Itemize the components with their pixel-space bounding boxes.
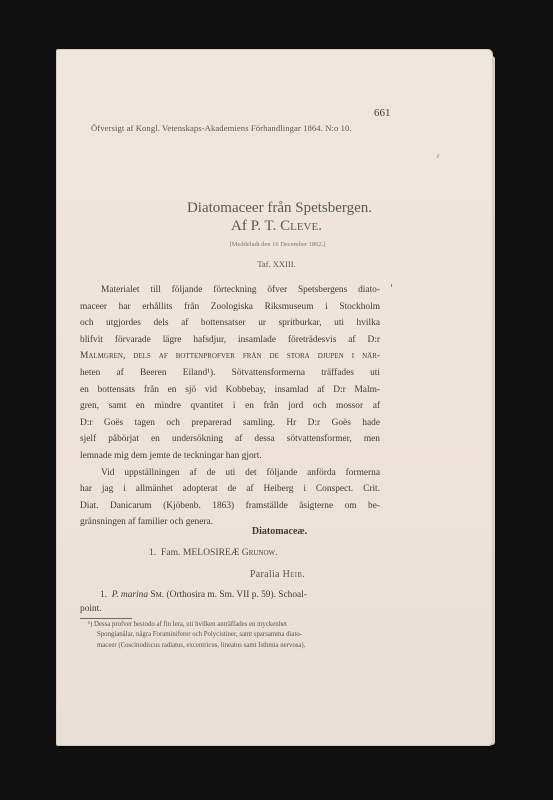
page-number: 661 bbox=[374, 107, 391, 119]
species-text: (Orthosira m. Sm. VII p. 59). Schoal- bbox=[167, 590, 307, 600]
family-heading: 1. Fam. MELOSIREÆ Grunow. bbox=[149, 547, 278, 558]
body-line: lemnade mig dem jemte de teckningar han … bbox=[80, 448, 380, 465]
communicated-date: [Meddeladt den 16 December 1862.] bbox=[57, 241, 492, 248]
genus-heading: Paralia Heib. bbox=[57, 569, 492, 580]
section-heading: Diatomaceæ. bbox=[57, 526, 492, 537]
body-line: heten af Beeren Eiland¹). Sötvattensform… bbox=[80, 365, 380, 382]
species-entry: 1. P. marina Sm. (Orthosira m. Sm. VII p… bbox=[80, 588, 380, 616]
body-line: D:r Goës tagen och preparerad samling. H… bbox=[80, 415, 380, 432]
plate-reference: Taf. XXIII. bbox=[57, 259, 492, 269]
footnote-line: ¹) Dessa profver bestodo af fin lera, ut… bbox=[88, 620, 378, 630]
body-line: sjelf påbörjat en undersökning af dessa … bbox=[80, 431, 380, 448]
paper-speck bbox=[436, 154, 439, 158]
footnote-line: maceer (Coscinodiscus radiatus, excentri… bbox=[88, 641, 378, 651]
footnote-line: Spongianålar, några Foraminiferer och Po… bbox=[88, 630, 378, 640]
body-line: maceer har erhållits från Zoologiska Rik… bbox=[80, 299, 380, 316]
author-prefix: Af P. T. bbox=[231, 218, 280, 234]
body-text: Materialet till följande förteckning öfv… bbox=[80, 282, 380, 531]
family-number: 1. bbox=[149, 547, 156, 558]
family-label: Fam. MELOSIREÆ bbox=[161, 547, 242, 558]
species-text-cont: point. bbox=[80, 604, 102, 614]
footnote: ¹) Dessa profver bestodo af fin lera, ut… bbox=[88, 620, 378, 651]
body-line: Malmgren, dels af bottenprofver från de … bbox=[80, 348, 380, 365]
body-line: en bottensats från en sjö vid Kobbebay, … bbox=[80, 382, 380, 399]
body-line: och utgjordes dels af bottensatser ur sp… bbox=[80, 315, 380, 332]
footnote-divider bbox=[80, 618, 132, 619]
body-line: gren, samt en mindre qvantitet i en från… bbox=[80, 398, 380, 415]
species-name: P. marina bbox=[112, 590, 148, 600]
family-authority: Grunow. bbox=[242, 547, 278, 558]
species-number: 1. bbox=[80, 590, 107, 600]
genus-name: Paralia bbox=[250, 569, 283, 580]
body-line: Diat. Danicarum (Kjöbenb. 1863) framstäl… bbox=[80, 498, 380, 515]
body-line: blifvit förvarade lägre hafsdjur, insaml… bbox=[80, 332, 380, 349]
article-title: Diatomaceer från Spetsbergen. bbox=[57, 200, 492, 217]
body-line: har jag i allmänhet adopterat de af Heib… bbox=[80, 481, 380, 498]
genus-authority: Heib. bbox=[283, 569, 306, 580]
journal-header: Öfversigt af Kongl. Vetenskaps-Akademien… bbox=[91, 123, 352, 133]
body-line: Vid uppställningen af de uti det följand… bbox=[80, 465, 380, 482]
body-line: Materialet till följande förteckning öfv… bbox=[80, 282, 380, 299]
scanned-page: 661 Öfversigt af Kongl. Vetenskaps-Akade… bbox=[57, 50, 492, 745]
article-author: Af P. T. Cleve. bbox=[57, 218, 492, 235]
species-authority: Sm. bbox=[150, 590, 164, 600]
author-name: Cleve. bbox=[280, 218, 322, 234]
pencil-mark bbox=[391, 284, 392, 287]
